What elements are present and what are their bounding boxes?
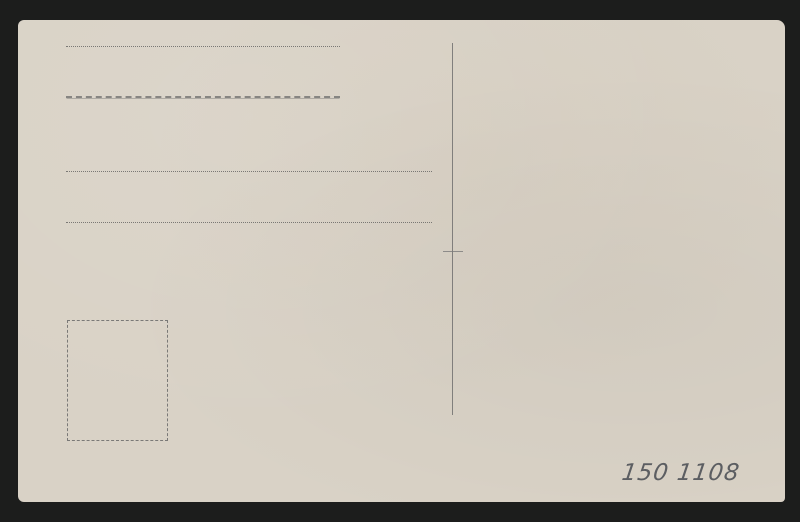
divider-tick	[443, 251, 463, 252]
handwritten-archive-number: 150 1108	[620, 460, 741, 486]
writing-line-2	[66, 96, 340, 98]
writing-line-1	[66, 46, 340, 47]
address-line-1	[66, 171, 432, 172]
address-line-2	[66, 222, 432, 223]
stamp-box	[67, 320, 168, 441]
center-divider	[452, 43, 453, 415]
postcard-back: 150 1108	[18, 20, 785, 502]
